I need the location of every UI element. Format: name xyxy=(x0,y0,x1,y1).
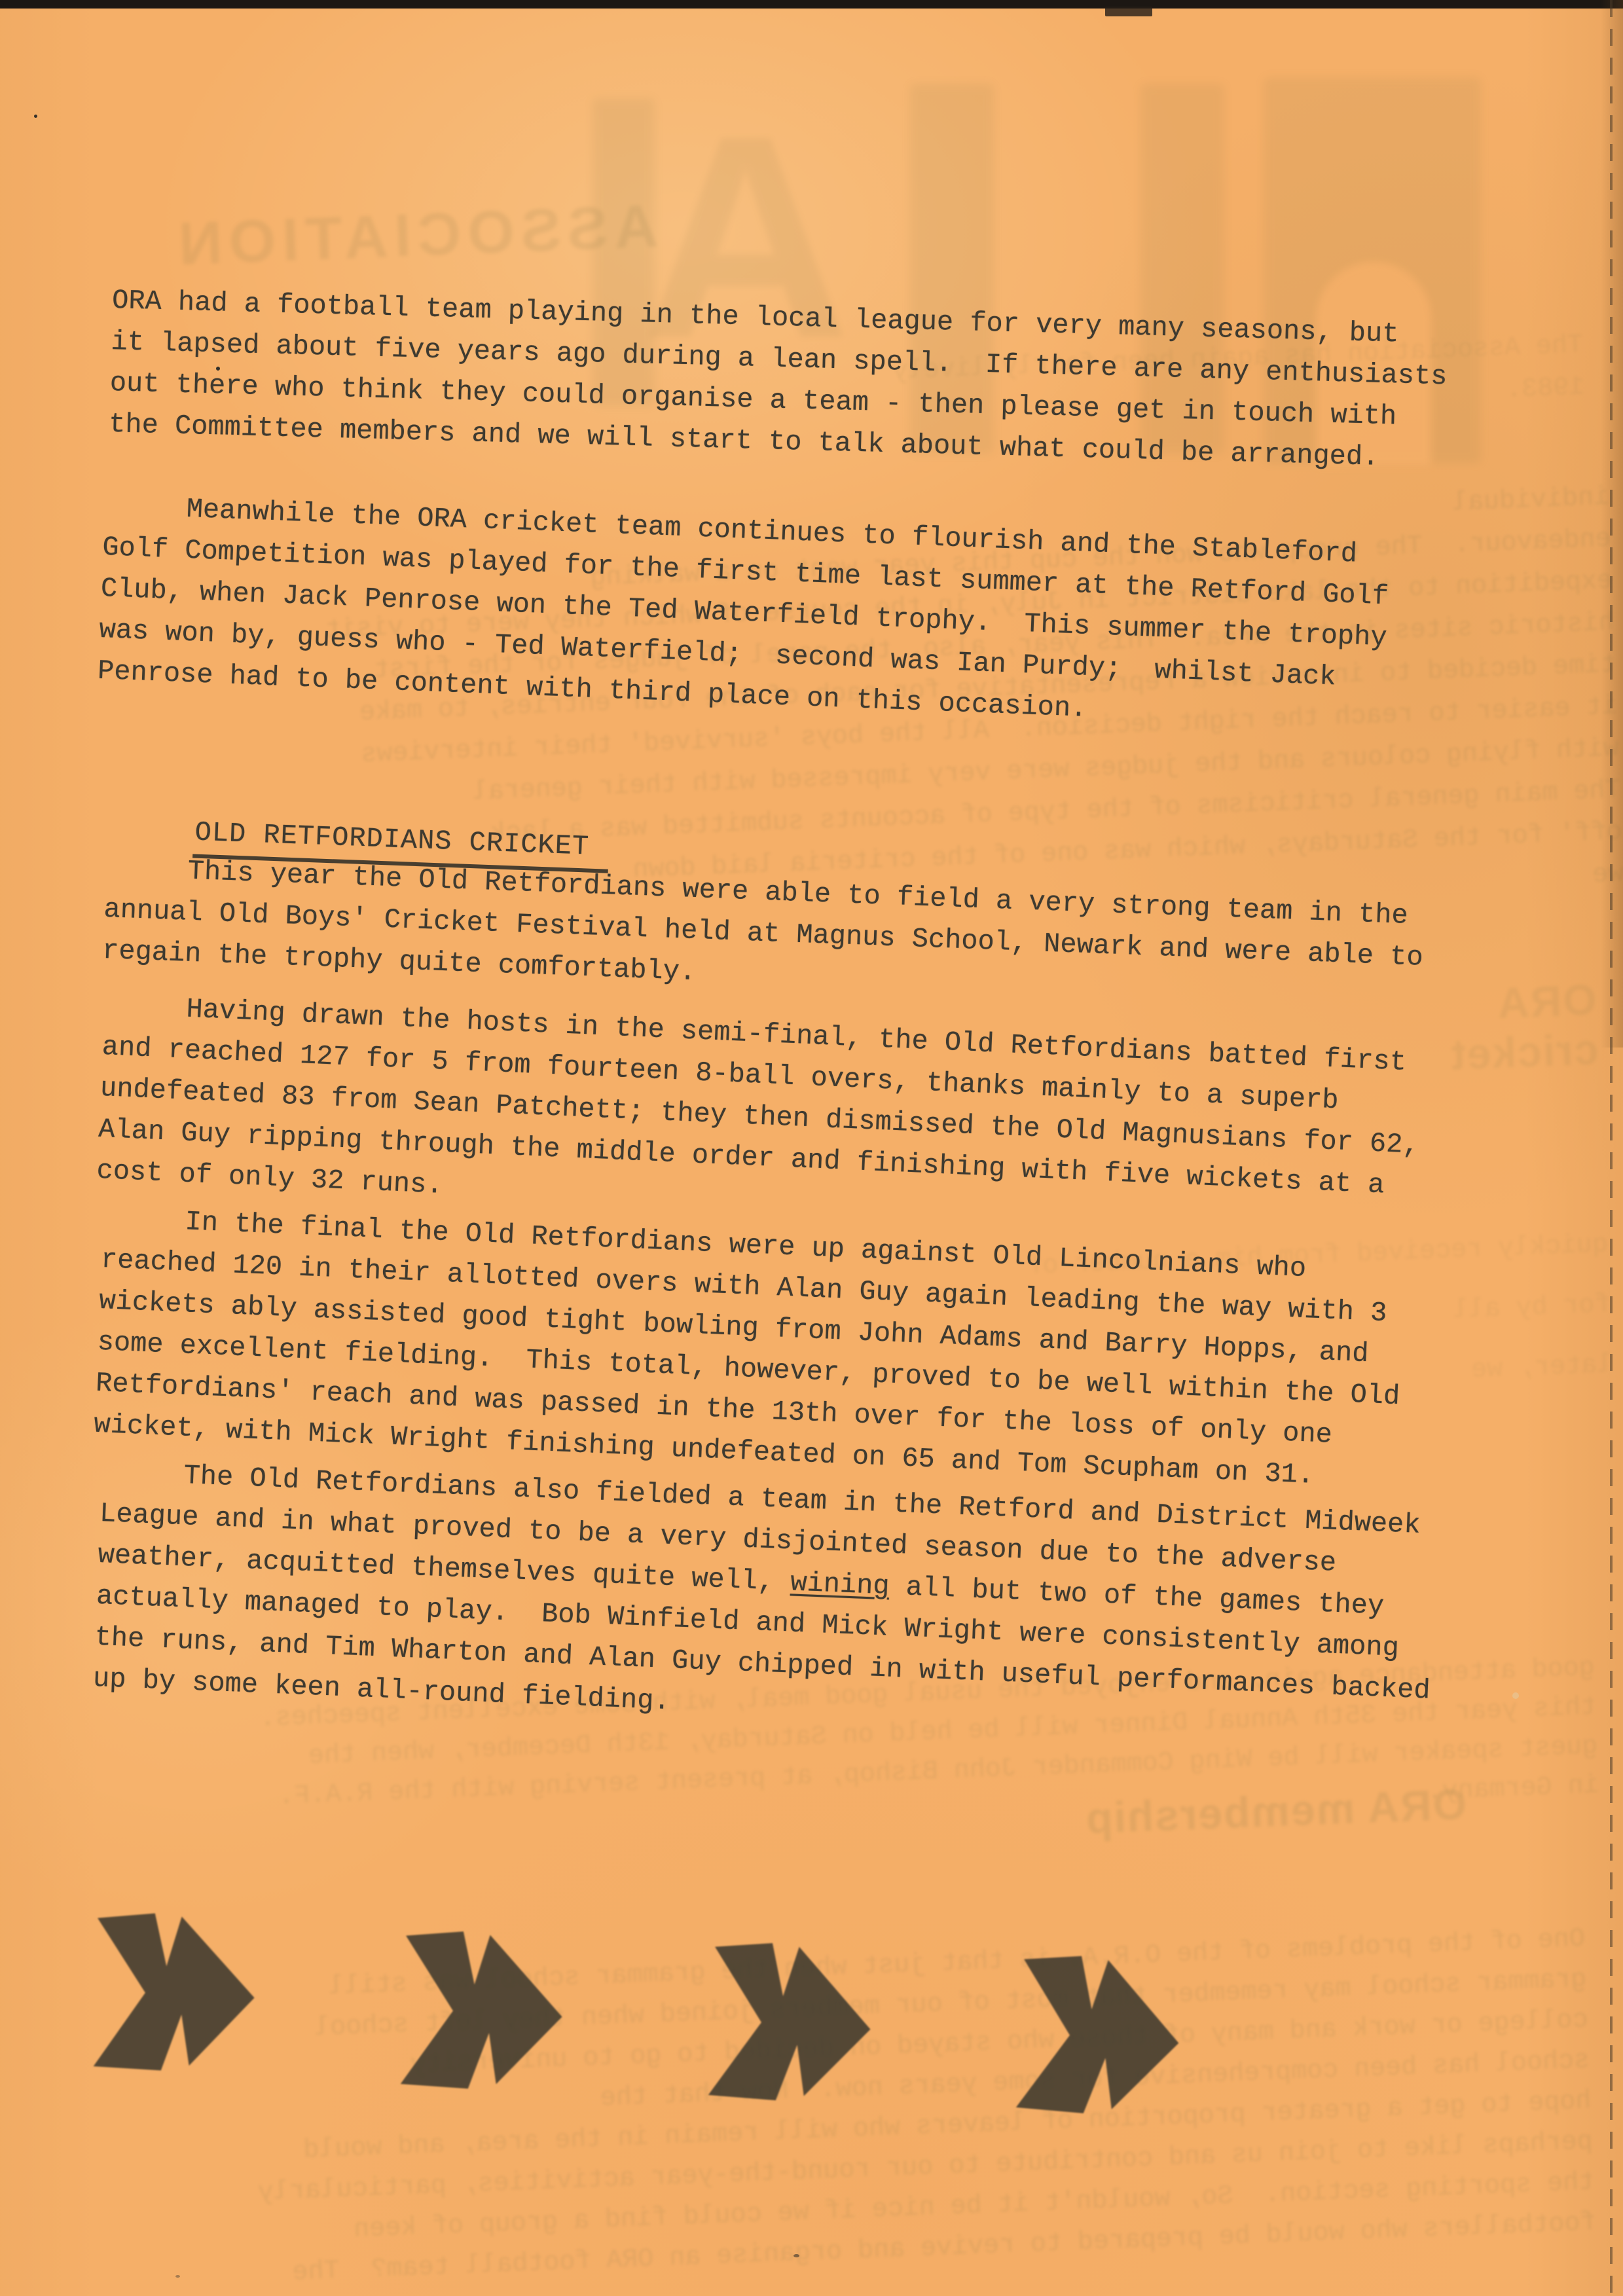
chevron-arrow-icon xyxy=(82,1908,267,2081)
scan-top-notch xyxy=(1105,7,1152,16)
paragraph-final: In the final the Old Retfordians were up… xyxy=(93,1198,1406,1500)
scan-right-dashed-line xyxy=(1610,0,1613,2296)
chevron-arrow-icon xyxy=(1004,1949,1194,2126)
chevron-arrow-icon xyxy=(389,1925,575,2100)
scan-top-edge xyxy=(0,0,1623,9)
ink-speck xyxy=(175,2275,180,2278)
ink-speck xyxy=(793,2254,799,2257)
paragraph-ora-football: ORA had a football team playing in the l… xyxy=(108,280,1448,480)
chevron-arrow-icon xyxy=(697,1937,884,2113)
scanned-newsletter-page: A ASSOCIATION The Association has again … xyxy=(0,0,1623,2296)
paper-dimple xyxy=(1512,1692,1519,1699)
paragraph-ora-cricket-golf: Meanwhile the ORA cricket team continues… xyxy=(97,486,1391,741)
paragraph-midweek-league: The Old Retfordians also fielded a team … xyxy=(92,1452,1438,1753)
bleedthrough-membership-heading: ORA membership xyxy=(1021,1779,1467,1846)
bleedthrough-masthead-word: ASSOCIATION xyxy=(9,192,659,285)
underlined-word: wining xyxy=(790,1567,890,1602)
ink-speck xyxy=(216,367,220,371)
ink-speck xyxy=(34,115,37,118)
